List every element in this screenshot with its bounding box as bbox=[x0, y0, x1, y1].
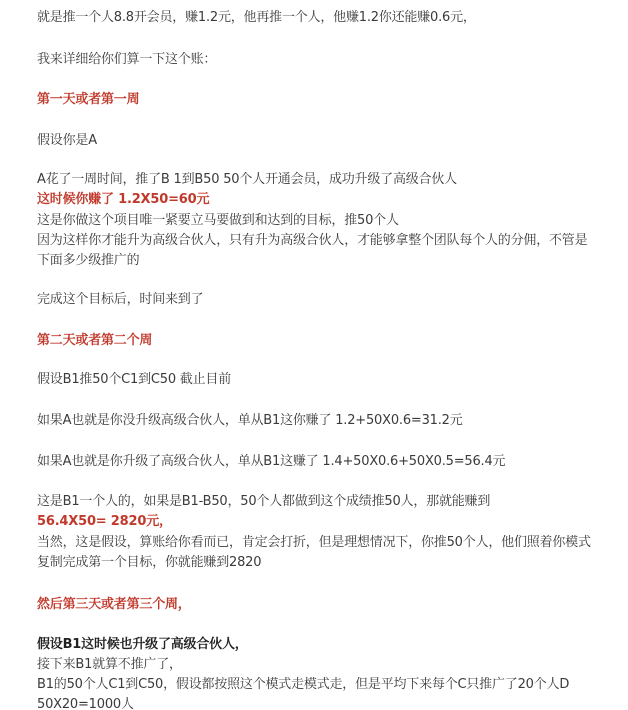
paragraph-line: 我来详细给你们算一下这个账： bbox=[37, 50, 216, 70]
paragraph-line: 假设B1推50个C1到C50 截止目前 bbox=[37, 370, 231, 390]
highlight-text: 第一天或者第一周 bbox=[37, 90, 139, 110]
highlight-text: 然后第三天或者第三个周， bbox=[37, 595, 191, 615]
highlight-text: 第二天或者第二个周 bbox=[37, 331, 152, 351]
paragraph-line: 这是你做这个项目唯一紧要立马要做到和达到的目标，推50个人 bbox=[37, 211, 399, 231]
paragraph-line: 这是B1一个人的，如果是B1-B50，50个人都做到这个成绩推50人，那就能赚到 bbox=[37, 492, 490, 512]
paragraph-line: 就是推一个人8.8开会员，赚1.2元，他再推一个人，他赚1.2你还能赚0.6元， bbox=[37, 8, 476, 28]
paragraph-line: B1的50个人C1到C50，假设都按照这个模式走模式走，但是平均下来每个C只推广… bbox=[37, 675, 569, 695]
paragraph-line: 假设你是A bbox=[37, 131, 97, 151]
highlight-text: 这时候你赚了 1.2X50=60元 bbox=[37, 190, 209, 210]
paragraph-line: 如果A也就是你升级了高级合伙人，单从B1这赚了 1.4+50X0.6+50X0.… bbox=[37, 452, 505, 472]
paragraph-line: 当然，这是假设，算账给你看而已，肯定会打折，但是理想情况下，你推50个人，他们照… bbox=[37, 533, 591, 553]
paragraph-line: 接下来B1就算不推广了， bbox=[37, 655, 182, 675]
highlight-text: 56.4X50= 2820元， bbox=[37, 512, 172, 532]
paragraph-line: 50X20=1000人 bbox=[37, 695, 134, 710]
paragraph-line: A花了一周时间，推了B 1到B50 50个人开通会员，成功升级了高级合伙人 bbox=[37, 170, 457, 190]
paragraph-line: 下面多少级推广的 bbox=[37, 251, 139, 271]
bold-text: 假设B1这时候也升级了高级合伙人， bbox=[37, 635, 248, 655]
paragraph-line: 因为这样你才能升为高级合伙人，只有升为高级合伙人，才能够拿整个团队每个人的分佣，… bbox=[37, 231, 587, 251]
paragraph-line: 复制完成第一个目标，你就能赚到2820 bbox=[37, 553, 261, 573]
paragraph-line: 完成这个目标后，时间来到了 bbox=[37, 290, 203, 310]
paragraph-line: 如果A也就是你没升级高级合伙人，单从B1这你赚了 1.2+50X0.6=31.2… bbox=[37, 411, 463, 431]
